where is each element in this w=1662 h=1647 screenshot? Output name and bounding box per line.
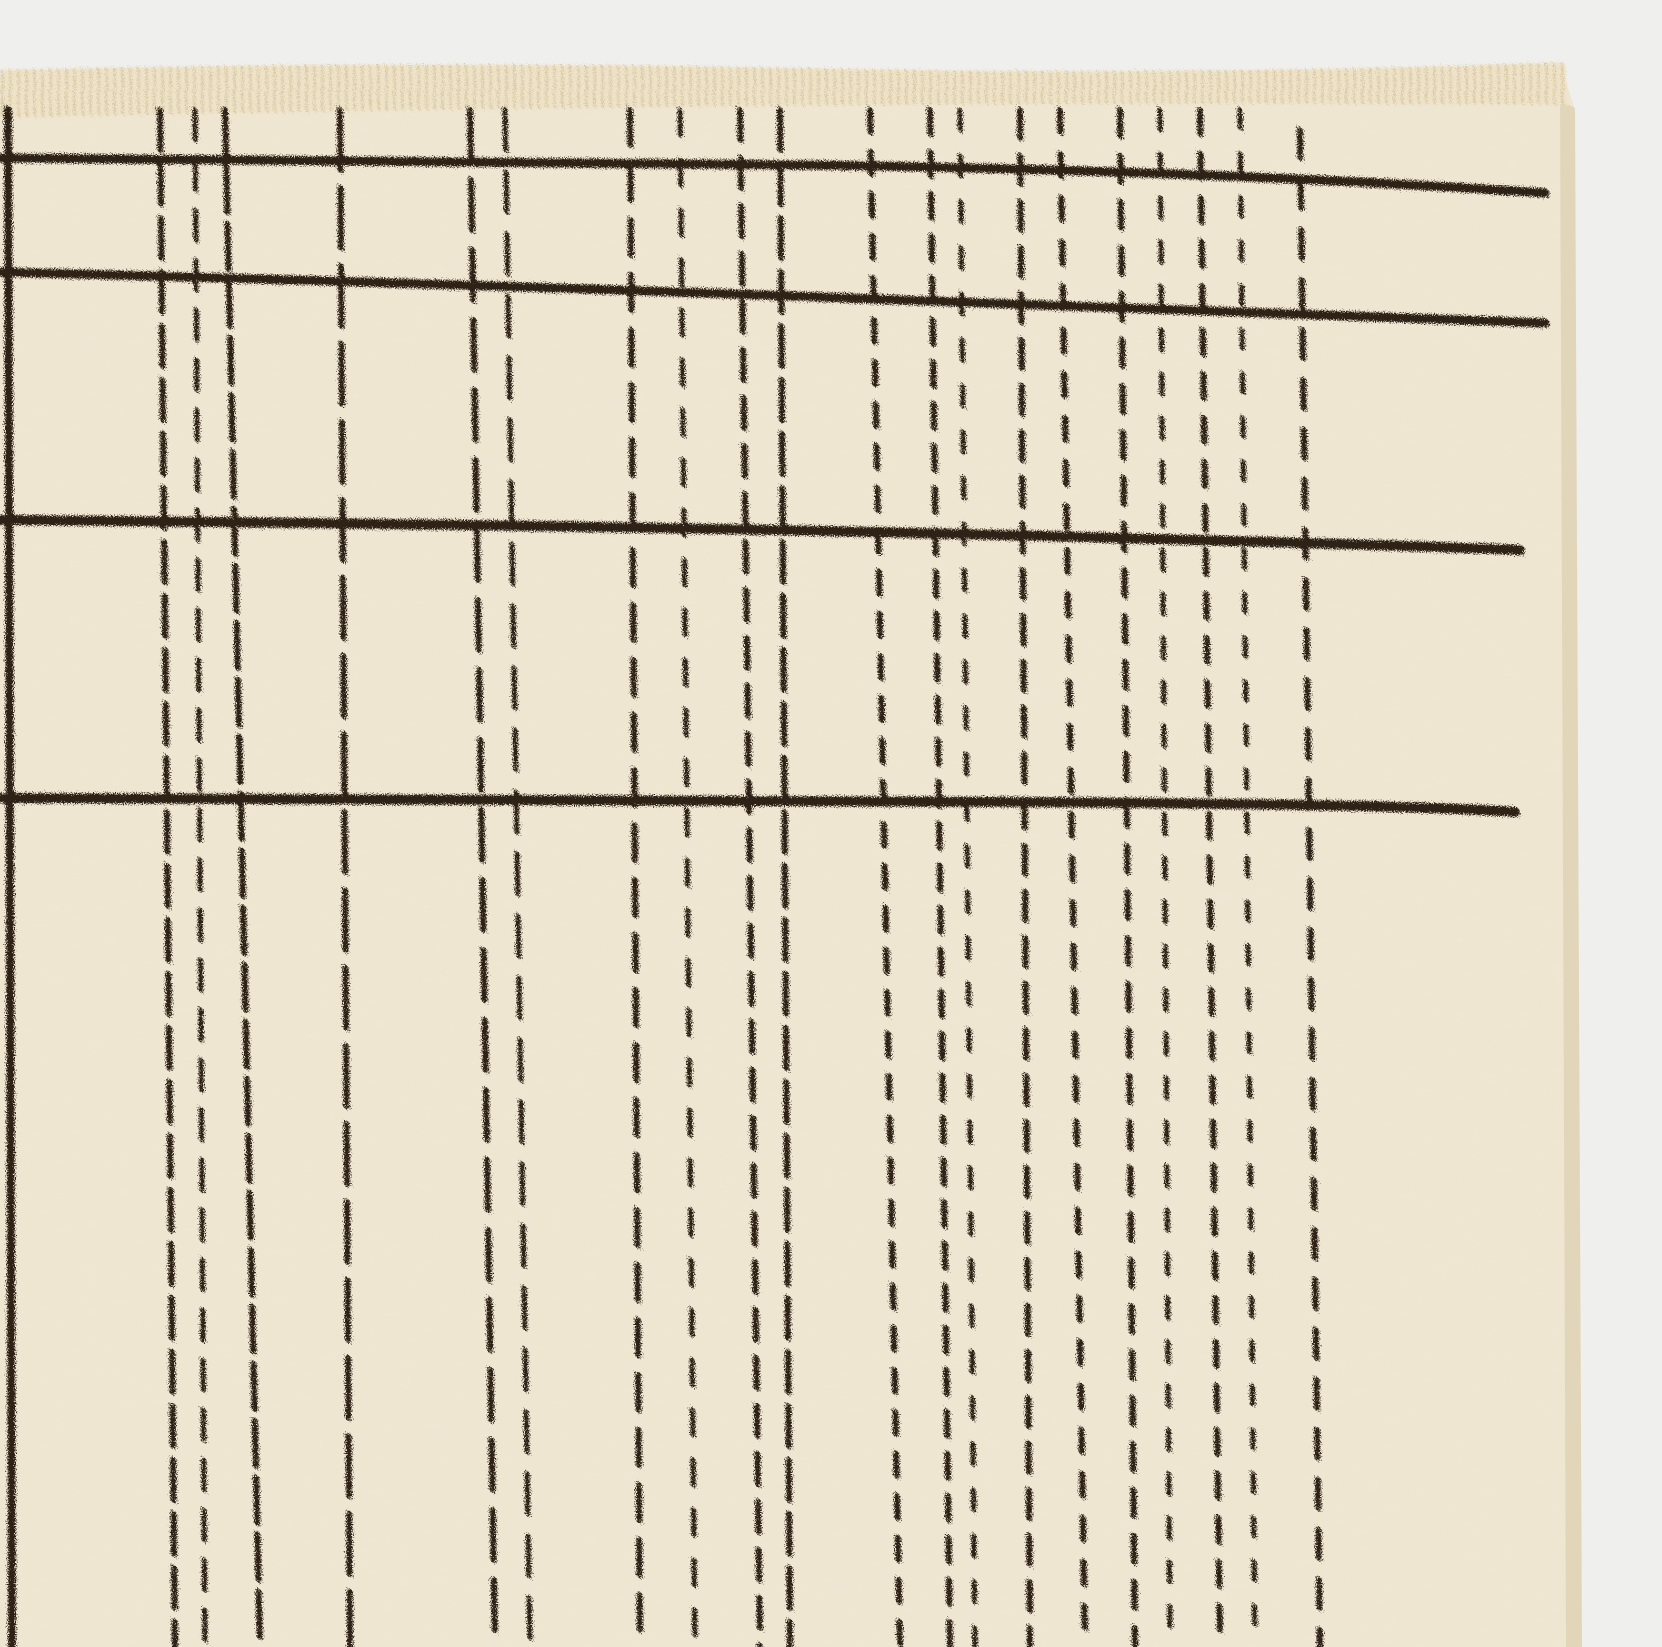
photo-scene xyxy=(0,0,1662,1647)
rug-photo xyxy=(0,0,1662,1647)
